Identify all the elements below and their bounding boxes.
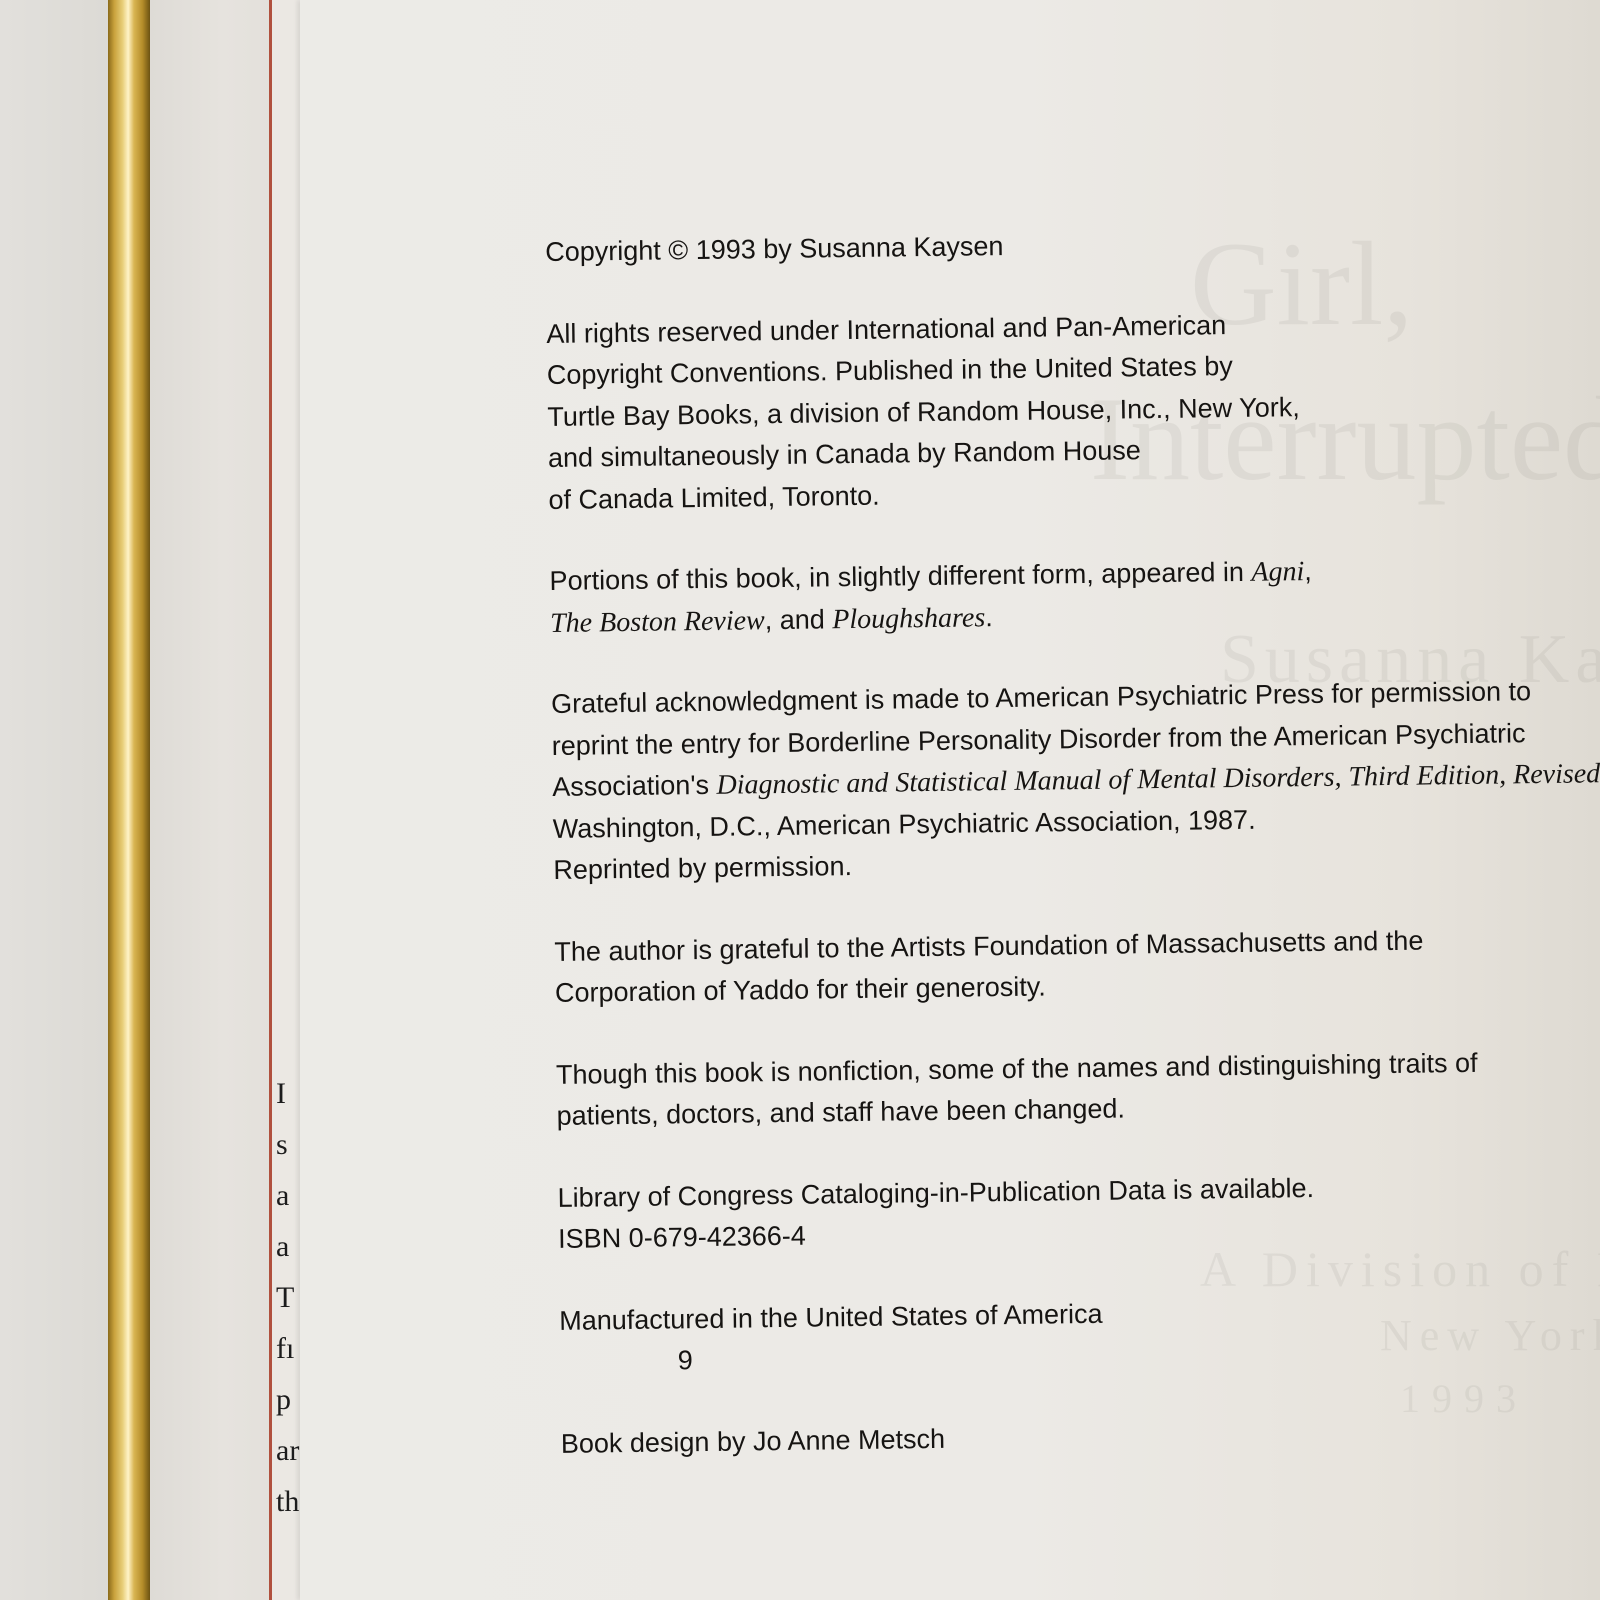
- manufacture-paragraph: Manufactured in the United States of Ame…: [559, 1287, 1600, 1384]
- acknowledgment-paragraph: Grateful acknowledgment is made to Ameri…: [551, 670, 1600, 891]
- rights-paragraph: All rights reserved under International …: [546, 300, 1600, 521]
- journal-title: The Boston Review: [550, 605, 765, 639]
- text-run: ,: [1304, 556, 1312, 586]
- nonfiction-paragraph: Though this book is nonfiction, some of …: [556, 1041, 1600, 1138]
- background-surface: [0, 0, 108, 1600]
- facing-page-strip: [150, 0, 272, 1600]
- portions-paragraph: Portions of this book, in slightly diffe…: [549, 547, 1600, 644]
- cip-paragraph: Library of Congress Cataloging-in-Public…: [557, 1164, 1600, 1261]
- gilt-page-edge: [108, 0, 150, 1600]
- text-run: Portions of this book, in slightly diffe…: [549, 557, 1251, 596]
- journal-title: Agni: [1251, 556, 1304, 588]
- text-run: Association's: [552, 770, 717, 802]
- text-line: Book design by Jo Anne Metsch: [561, 1410, 1600, 1465]
- journal-title: Ploughshares: [832, 602, 985, 635]
- copyright-text: Copyright © 1993 by Susanna Kaysen All r…: [545, 218, 1600, 1505]
- red-page-edge: [269, 0, 272, 1600]
- text-run: .: [985, 602, 993, 632]
- gratitude-paragraph: The author is grateful to the Artists Fo…: [554, 918, 1600, 1015]
- design-credit: Book design by Jo Anne Metsch: [561, 1410, 1600, 1465]
- text-run: , and: [765, 604, 833, 635]
- book-title: Diagnostic and Statistical Manual of Men…: [716, 758, 1600, 801]
